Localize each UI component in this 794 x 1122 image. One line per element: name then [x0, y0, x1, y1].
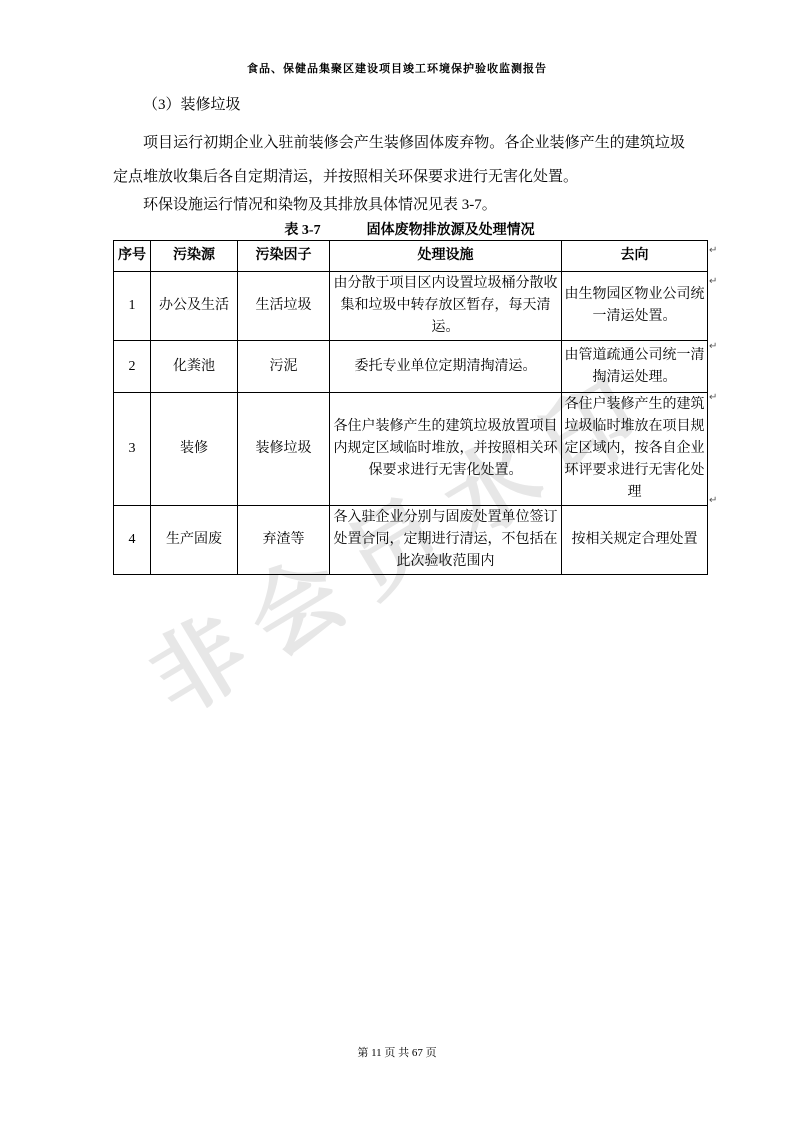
cell-destination: 各住户装修产生的建筑垃圾临时堆放在项目规定区域内，按各自企业环评要求进行无害化处…	[562, 393, 708, 506]
section-heading: （3）装修垃圾	[113, 94, 683, 116]
solid-waste-table-wrapper: 序号 污染源 污染因子 处理设施 去向 1 办公及生活 生活垃圾 由分散于项目区…	[113, 240, 708, 575]
table-caption: 表 3-7 固体废物排放源及处理情况	[113, 219, 706, 239]
table-row: 2 化粪池 污泥 委托专业单位定期清掏清运。 由管道疏通公司统一清掏清运处理。	[114, 341, 708, 393]
cell-factor: 弃渣等	[238, 506, 330, 575]
cell-index: 2	[114, 341, 151, 393]
table-row: 4 生产固废 弃渣等 各入驻企业分别与固废处置单位签订处置合同，定期进行清运，不…	[114, 506, 708, 575]
paragraph-decoration-waste: 项目运行初期企业入驻前装修会产生装修固体废弃物。各企业装修产生的建筑垃圾定点堆放…	[113, 126, 685, 194]
row-end-mark-icon: ↵	[709, 393, 717, 403]
cell-source: 办公及生活	[151, 272, 238, 341]
cell-index: 3	[114, 393, 151, 506]
cell-destination: 由生物园区物业公司统一清运处置。	[562, 272, 708, 341]
row-end-mark-icon: ↵	[709, 496, 717, 506]
table-header-row: 序号 污染源 污染因子 处理设施 去向	[114, 241, 708, 272]
cell-factor: 装修垃圾	[238, 393, 330, 506]
col-header-destination: 去向	[562, 241, 708, 272]
paragraph-table-reference: 环保设施运行情况和染物及其排放具体情况见表 3-7。	[113, 192, 685, 218]
cell-treatment: 由分散于项目区内设置垃圾桶分散收集和垃圾中转存放区暂存，每天清运。	[330, 272, 562, 341]
cell-treatment: 各住户装修产生的建筑垃圾放置项目内规定区域临时堆放，并按照相关环保要求进行无害化…	[330, 393, 562, 506]
table-row: 1 办公及生活 生活垃圾 由分散于项目区内设置垃圾桶分散收集和垃圾中转存放区暂存…	[114, 272, 708, 341]
table-caption-title: 固体废物排放源及处理情况	[367, 219, 535, 239]
document-page: 非会员水印 食品、保健品集聚区建设项目竣工环境保护验收监测报告 （3）装修垃圾 …	[0, 0, 794, 1122]
solid-waste-table: 序号 污染源 污染因子 处理设施 去向 1 办公及生活 生活垃圾 由分散于项目区…	[113, 240, 708, 575]
cell-factor: 生活垃圾	[238, 272, 330, 341]
table-caption-label: 表 3-7	[284, 219, 320, 239]
cell-factor: 污泥	[238, 341, 330, 393]
table-row: 3 装修 装修垃圾 各住户装修产生的建筑垃圾放置项目内规定区域临时堆放，并按照相…	[114, 393, 708, 506]
cell-treatment: 各入驻企业分别与固废处置单位签订处置合同，定期进行清运，不包括在此次验收范围内	[330, 506, 562, 575]
cell-destination: 按相关规定合理处置	[562, 506, 708, 575]
col-header-treatment-facility: 处理设施	[330, 241, 562, 272]
col-header-index: 序号	[114, 241, 151, 272]
cell-destination: 由管道疏通公司统一清掏清运处理。	[562, 341, 708, 393]
cell-source: 生产固废	[151, 506, 238, 575]
cell-treatment: 委托专业单位定期清掏清运。	[330, 341, 562, 393]
row-end-mark-icon: ↵	[709, 342, 717, 352]
cell-index: 4	[114, 506, 151, 575]
cell-index: 1	[114, 272, 151, 341]
content-layer: 食品、保健品集聚区建设项目竣工环境保护验收监测报告 （3）装修垃圾 项目运行初期…	[0, 0, 794, 1122]
page-header-title: 食品、保健品集聚区建设项目竣工环境保护验收监测报告	[0, 60, 794, 76]
col-header-pollution-source: 污染源	[151, 241, 238, 272]
cell-source: 化粪池	[151, 341, 238, 393]
cell-source: 装修	[151, 393, 238, 506]
page-number-footer: 第 11 页 共 67 页	[0, 1044, 794, 1060]
col-header-pollution-factor: 污染因子	[238, 241, 330, 272]
row-end-mark-icon: ↵	[709, 246, 717, 256]
row-end-mark-icon: ↵	[709, 277, 717, 287]
